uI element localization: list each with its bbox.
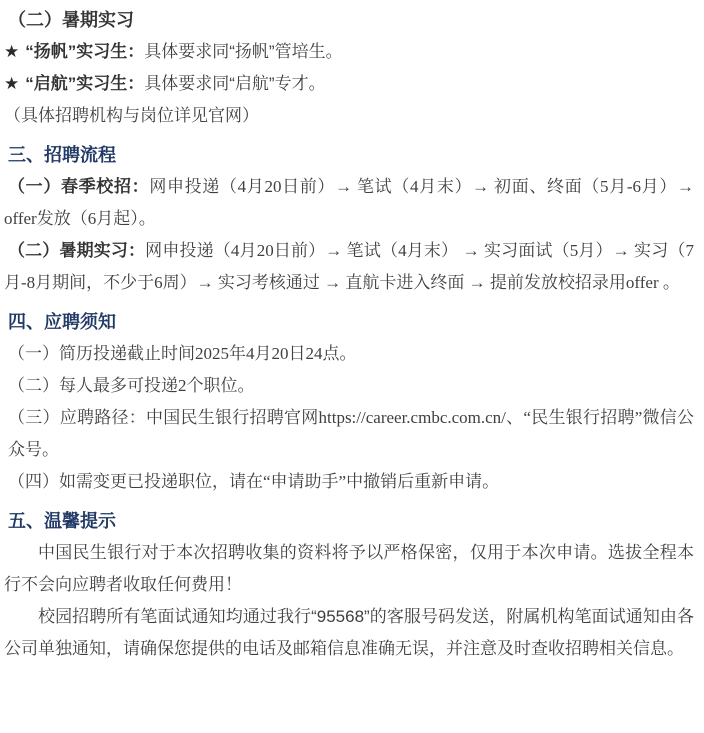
notice-item-position-limit: （二）每人最多可投递2个职位。 [4, 370, 694, 402]
section-heading-summer-internship: （二）暑期实习 [4, 4, 694, 36]
section-heading-application-notes-label: 四、应聘须知 [4, 312, 116, 332]
section-heading-tips-label: 五、温馨提示 [4, 511, 116, 531]
qihang-intern-label: “启航”实习生： [25, 74, 144, 93]
star-item-yangfan: ★“扬帆”实习生：具体要求同“扬帆”管培生。 [4, 36, 694, 68]
qihang-intern-text: 具体要求同“启航”专才。 [144, 74, 325, 93]
notice-item-change-position: （四）如需变更已投递职位，请在“申请助手”中撤销后重新申请。 [4, 466, 694, 498]
section-heading-recruitment-process: 三、招聘流程 [4, 139, 694, 171]
section-heading-summer-internship-label: （二）暑期实习 [4, 10, 134, 30]
section-heading-recruitment-process-label: 三、招聘流程 [4, 145, 116, 165]
tips-paragraph-notification: 校园招聘所有笔面试通知均通过我行“95568”的客服号码发送，附属机构笔面试通知… [4, 601, 694, 665]
official-site-note: （具体招聘机构与岗位详见官网） [4, 100, 694, 132]
notice-item-application-path: （三）应聘路径：中国民生银行招聘官网https://career.cmbc.co… [4, 402, 694, 466]
process-item-summer: （二）暑期实习：网申投递（4月20日前）→ 笔试（4月末） → 实习面试（5月）… [4, 235, 694, 299]
star-icon: ★ [4, 42, 19, 61]
yangfan-intern-label: “扬帆”实习生： [25, 42, 144, 61]
tips-paragraph-privacy: 中国民生银行对于本次招聘收集的资料将予以严格保密，仅用于本次申请。选拔全程本行不… [4, 537, 694, 601]
star-icon: ★ [4, 74, 19, 93]
notice-item-deadline: （一）简历投递截止时间2025年4月20日24点。 [4, 338, 694, 370]
section-heading-application-notes: 四、应聘须知 [4, 306, 694, 338]
process-item-spring: （一）春季校招：网申投递（4月20日前）→ 笔试（4月末）→ 初面、终面（5月-… [4, 171, 694, 235]
recruitment-notice-document: （二）暑期实习 ★“扬帆”实习生：具体要求同“扬帆”管培生。 ★“启航”实习生：… [0, 0, 704, 733]
yangfan-intern-text: 具体要求同“扬帆”管培生。 [144, 42, 342, 61]
spring-campus-label: （一）春季校招： [4, 177, 149, 196]
section-heading-tips: 五、温馨提示 [4, 505, 694, 537]
summer-internship-label: （二）暑期实习： [4, 241, 145, 260]
star-item-qihang: ★“启航”实习生：具体要求同“启航”专才。 [4, 68, 694, 100]
